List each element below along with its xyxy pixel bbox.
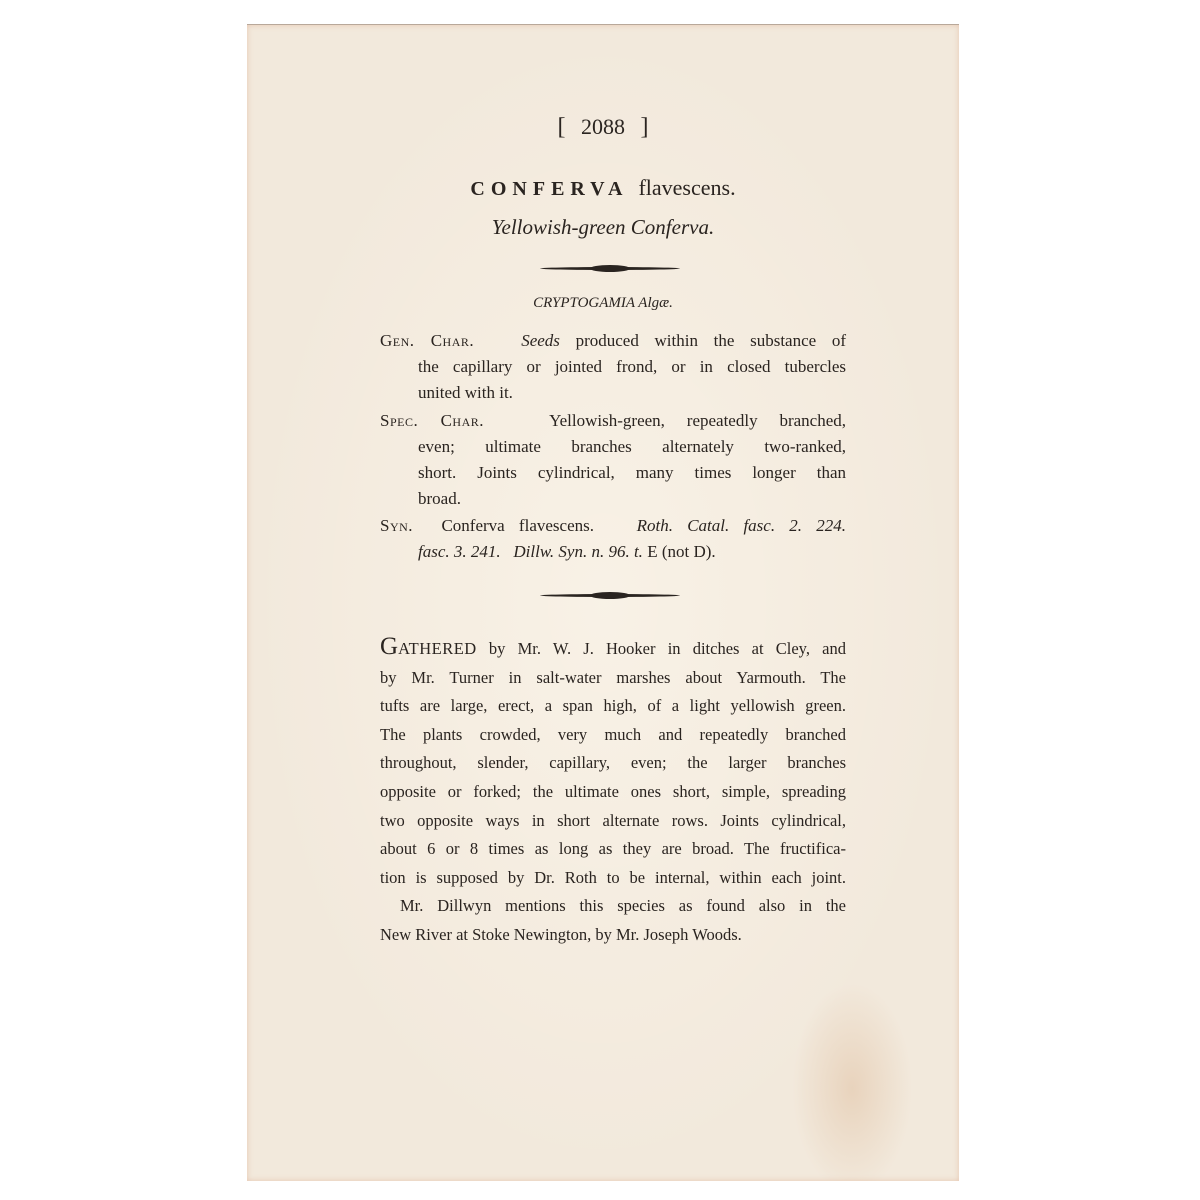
spec-char-line: even; ultimate branches alternately two-… [380,434,846,460]
description-line: The plants crowded, very much and repeat… [380,721,846,750]
spec-char-line: short. Joints cylindrical, many times lo… [380,460,846,486]
common-name: Yellowish-green Conferva. [247,215,959,240]
ornamental-divider-top [540,267,680,270]
description-line: Mr. Dillwyn mentions this species as fou… [380,892,846,921]
gen-char-line: united with it. [380,380,846,406]
description-line: tufts are large, erect, a span high, of … [380,692,846,721]
syn-plate-note: E (not D). [647,542,715,561]
book-page: [ 2088 ] CONFERVAflavescens. Yellowish-g… [247,24,959,1181]
page-number: [ 2088 ] [247,114,959,141]
description-line: New River at Stoke Newington, by Mr. Jos… [380,921,846,950]
generic-character: Gen. Char. Seeds produced within the sub… [380,328,846,406]
page-number-value: 2088 [581,114,625,139]
syn-text: Conferva flavescens. [441,516,594,535]
synonymy: Syn. Conferva flavescens. Roth. Catal. f… [380,513,846,565]
syn-label: Syn. [380,516,413,535]
species-name: flavescens. [638,175,735,200]
description-line: about 6 or 8 times as long as they are b… [380,835,846,864]
description-line: by Mr. W. J. Hooker in ditches at Cley, … [477,639,846,658]
gen-char-line: produced within the substance of [560,331,846,350]
description-line: by Mr. Turner in salt-water marshes abou… [380,664,846,693]
classification: CRYPTOGAMIA Algæ. [247,295,959,312]
spec-char-line: Yellowish-green, repeatedly branched, [549,411,846,430]
description-line: tion is supposed by Dr. Roth to be inter… [380,864,846,893]
lead-word: ATHERED [398,639,477,658]
specific-character: Spec. Char. Yellowish-green, repeatedly … [380,408,846,512]
ornamental-divider-middle [540,594,680,597]
syn-reference: Roth. Catal. fasc. 2. 224. [637,516,846,535]
bracket-left: [ [558,114,566,140]
spec-char-label: Spec. Char. [380,411,484,430]
syn-reference: fasc. 3. 241. [418,542,501,561]
bracket-right: ] [641,114,649,140]
species-title: CONFERVAflavescens. [247,175,959,201]
description-line: opposite or forked; the ultimate ones sh… [380,778,846,807]
description-line: throughout, slender, capillary, even; th… [380,749,846,778]
gen-char-label: Gen. Char. [380,331,474,350]
gen-char-italic: Seeds [521,331,560,350]
syn-reference: Dillw. Syn. n. 96. t. [513,542,643,561]
genus-name: CONFERVA [470,178,628,200]
description-line: two opposite ways in short alternate row… [380,807,846,836]
spec-char-line: broad. [380,486,846,512]
gen-char-line: the capillary or jointed frond, or in cl… [380,354,846,380]
drop-cap: G [380,633,398,660]
description: GATHERED by Mr. W. J. Hooker in ditches … [380,633,846,950]
